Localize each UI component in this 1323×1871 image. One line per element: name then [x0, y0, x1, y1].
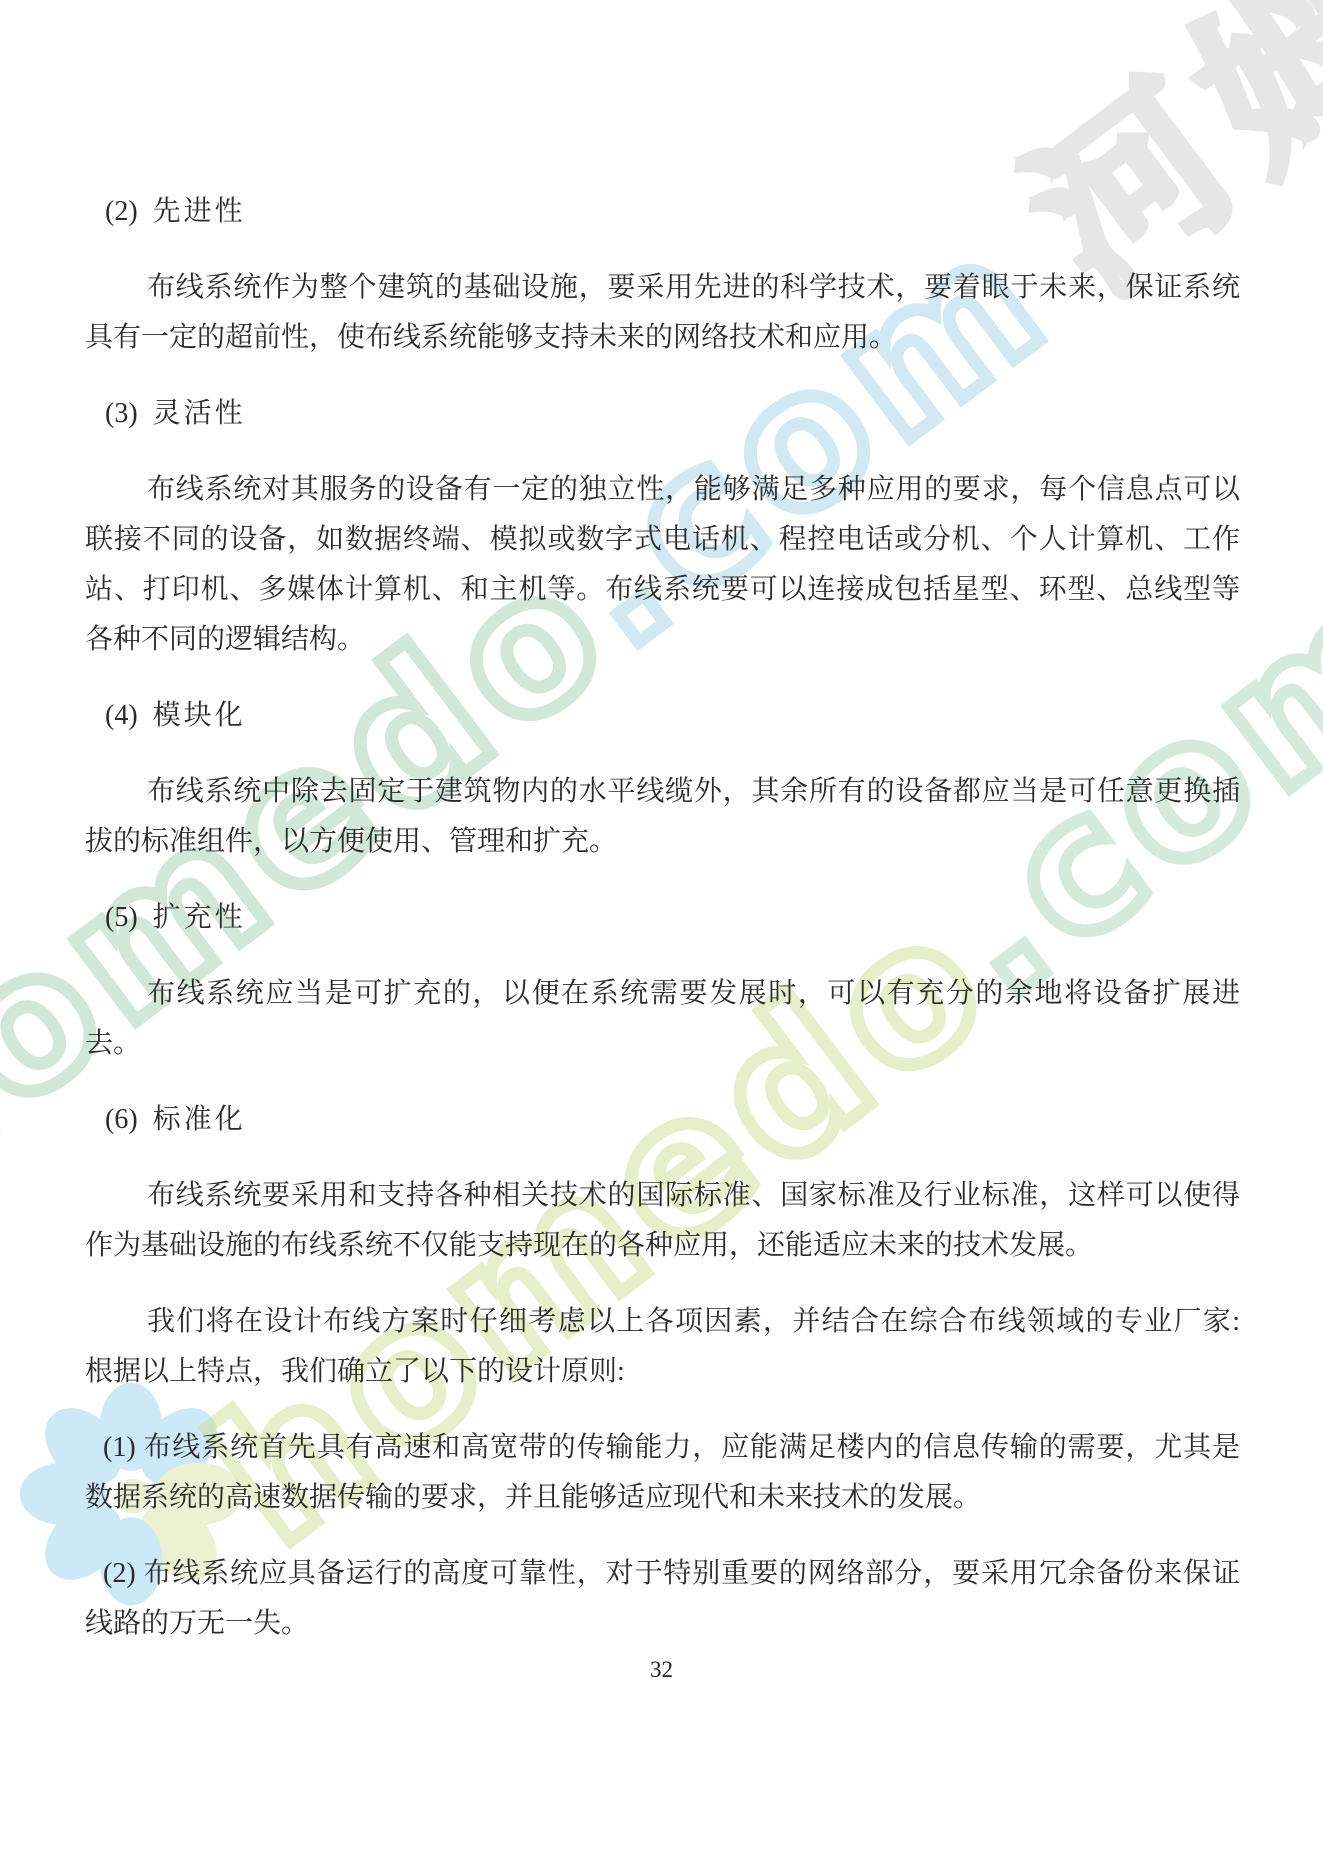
- section-title: 扩充性: [153, 902, 246, 933]
- section-title: 灵活性: [153, 398, 246, 429]
- text-line: 布线系统作为整个建筑的基础设施，要采用先进的科学技术，要着眼于未来，保证系统: [85, 263, 1240, 313]
- text-line: 线路的万无一失。: [85, 1599, 1240, 1649]
- body-paragraph: 布线系统中除去固定于建筑物内的水平线缆外，其余所有的设备都应当是可任意更换插 拔…: [85, 767, 1240, 867]
- numbered-list-item: (1) 布线系统首先具有高速和高宽带的传输能力，应能满足楼内的信息传输的需要，尤…: [85, 1423, 1240, 1523]
- text-line: 具有一定的超前性，使布线系统能够支持未来的网络技术和应用。: [85, 313, 1240, 363]
- text-line: (2) 布线系统应具备运行的高度可靠性，对于特别重要的网络部分，要采用冗余备份来…: [85, 1549, 1240, 1599]
- section-heading: (5)扩充性: [85, 893, 1240, 943]
- document-page: homedo.com河姆渡 homedo.com河姆渡 (2)先进性 布线系统作…: [0, 0, 1323, 1871]
- text-line: 根据以上特点，我们确立了以下的设计原则:: [85, 1347, 1240, 1397]
- section-heading: (3)灵活性: [85, 389, 1240, 439]
- body-paragraph: 布线系统应当是可扩充的，以便在系统需要发展时，可以有充分的余地将设备扩展进 去。: [85, 969, 1240, 1069]
- section-number: (5): [105, 902, 138, 933]
- text-line: 布线系统对其服务的设备有一定的独立性，能够满足多种应用的要求，每个信息点可以: [85, 465, 1240, 515]
- text-line: 布线系统应当是可扩充的，以便在系统需要发展时，可以有充分的余地将设备扩展进: [85, 969, 1240, 1019]
- text-line: 联接不同的设备，如数据终端、模拟或数字式电话机、程控电话或分机、个人计算机、工作: [85, 515, 1240, 565]
- document-body: (2)先进性 布线系统作为整个建筑的基础设施，要采用先进的科学技术，要着眼于未来…: [0, 0, 1323, 1649]
- numbered-list-item: (2) 布线系统应具备运行的高度可靠性，对于特别重要的网络部分，要采用冗余备份来…: [85, 1549, 1240, 1649]
- section-number: (3): [105, 398, 138, 429]
- text-line: 布线系统要采用和支持各种相关技术的国际标准、国家标准及行业标准，这样可以使得: [85, 1171, 1240, 1221]
- section-number: (2): [105, 196, 138, 227]
- text-line: 布线系统中除去固定于建筑物内的水平线缆外，其余所有的设备都应当是可任意更换插: [85, 767, 1240, 817]
- section-heading: (6)标准化: [85, 1095, 1240, 1145]
- text-line: 拔的标准组件，以方便使用、管理和扩充。: [85, 817, 1240, 867]
- section-title: 模块化: [153, 700, 246, 731]
- text-line: 数据系统的高速数据传输的要求，并且能够适应现代和未来技术的发展。: [85, 1473, 1240, 1523]
- body-paragraph: 我们将在设计布线方案时仔细考虑以上各项因素，并结合在综合布线领域的专业厂家: 根…: [85, 1297, 1240, 1397]
- body-paragraph: 布线系统作为整个建筑的基础设施，要采用先进的科学技术，要着眼于未来，保证系统 具…: [85, 263, 1240, 363]
- section-number: (6): [105, 1104, 138, 1135]
- section-heading: (4)模块化: [85, 691, 1240, 741]
- text-line: 作为基础设施的布线系统不仅能支持现在的各种应用，还能适应未来的技术发展。: [85, 1221, 1240, 1271]
- section-number: (4): [105, 700, 138, 731]
- text-line: 站、打印机、多媒体计算机、和主机等。布线系统要可以连接成包括星型、环型、总线型等: [85, 565, 1240, 615]
- text-line: 各种不同的逻辑结构。: [85, 615, 1240, 665]
- section-heading: (2)先进性: [85, 187, 1240, 237]
- text-line: (1) 布线系统首先具有高速和高宽带的传输能力，应能满足楼内的信息传输的需要，尤…: [85, 1423, 1240, 1473]
- text-line: 去。: [85, 1019, 1240, 1069]
- section-title: 先进性: [153, 196, 246, 227]
- body-paragraph: 布线系统要采用和支持各种相关技术的国际标准、国家标准及行业标准，这样可以使得 作…: [85, 1171, 1240, 1271]
- text-line: 我们将在设计布线方案时仔细考虑以上各项因素，并结合在综合布线领域的专业厂家:: [85, 1297, 1240, 1347]
- section-title: 标准化: [153, 1104, 246, 1135]
- page-number: 32: [0, 1655, 1323, 1685]
- body-paragraph: 布线系统对其服务的设备有一定的独立性，能够满足多种应用的要求，每个信息点可以 联…: [85, 465, 1240, 665]
